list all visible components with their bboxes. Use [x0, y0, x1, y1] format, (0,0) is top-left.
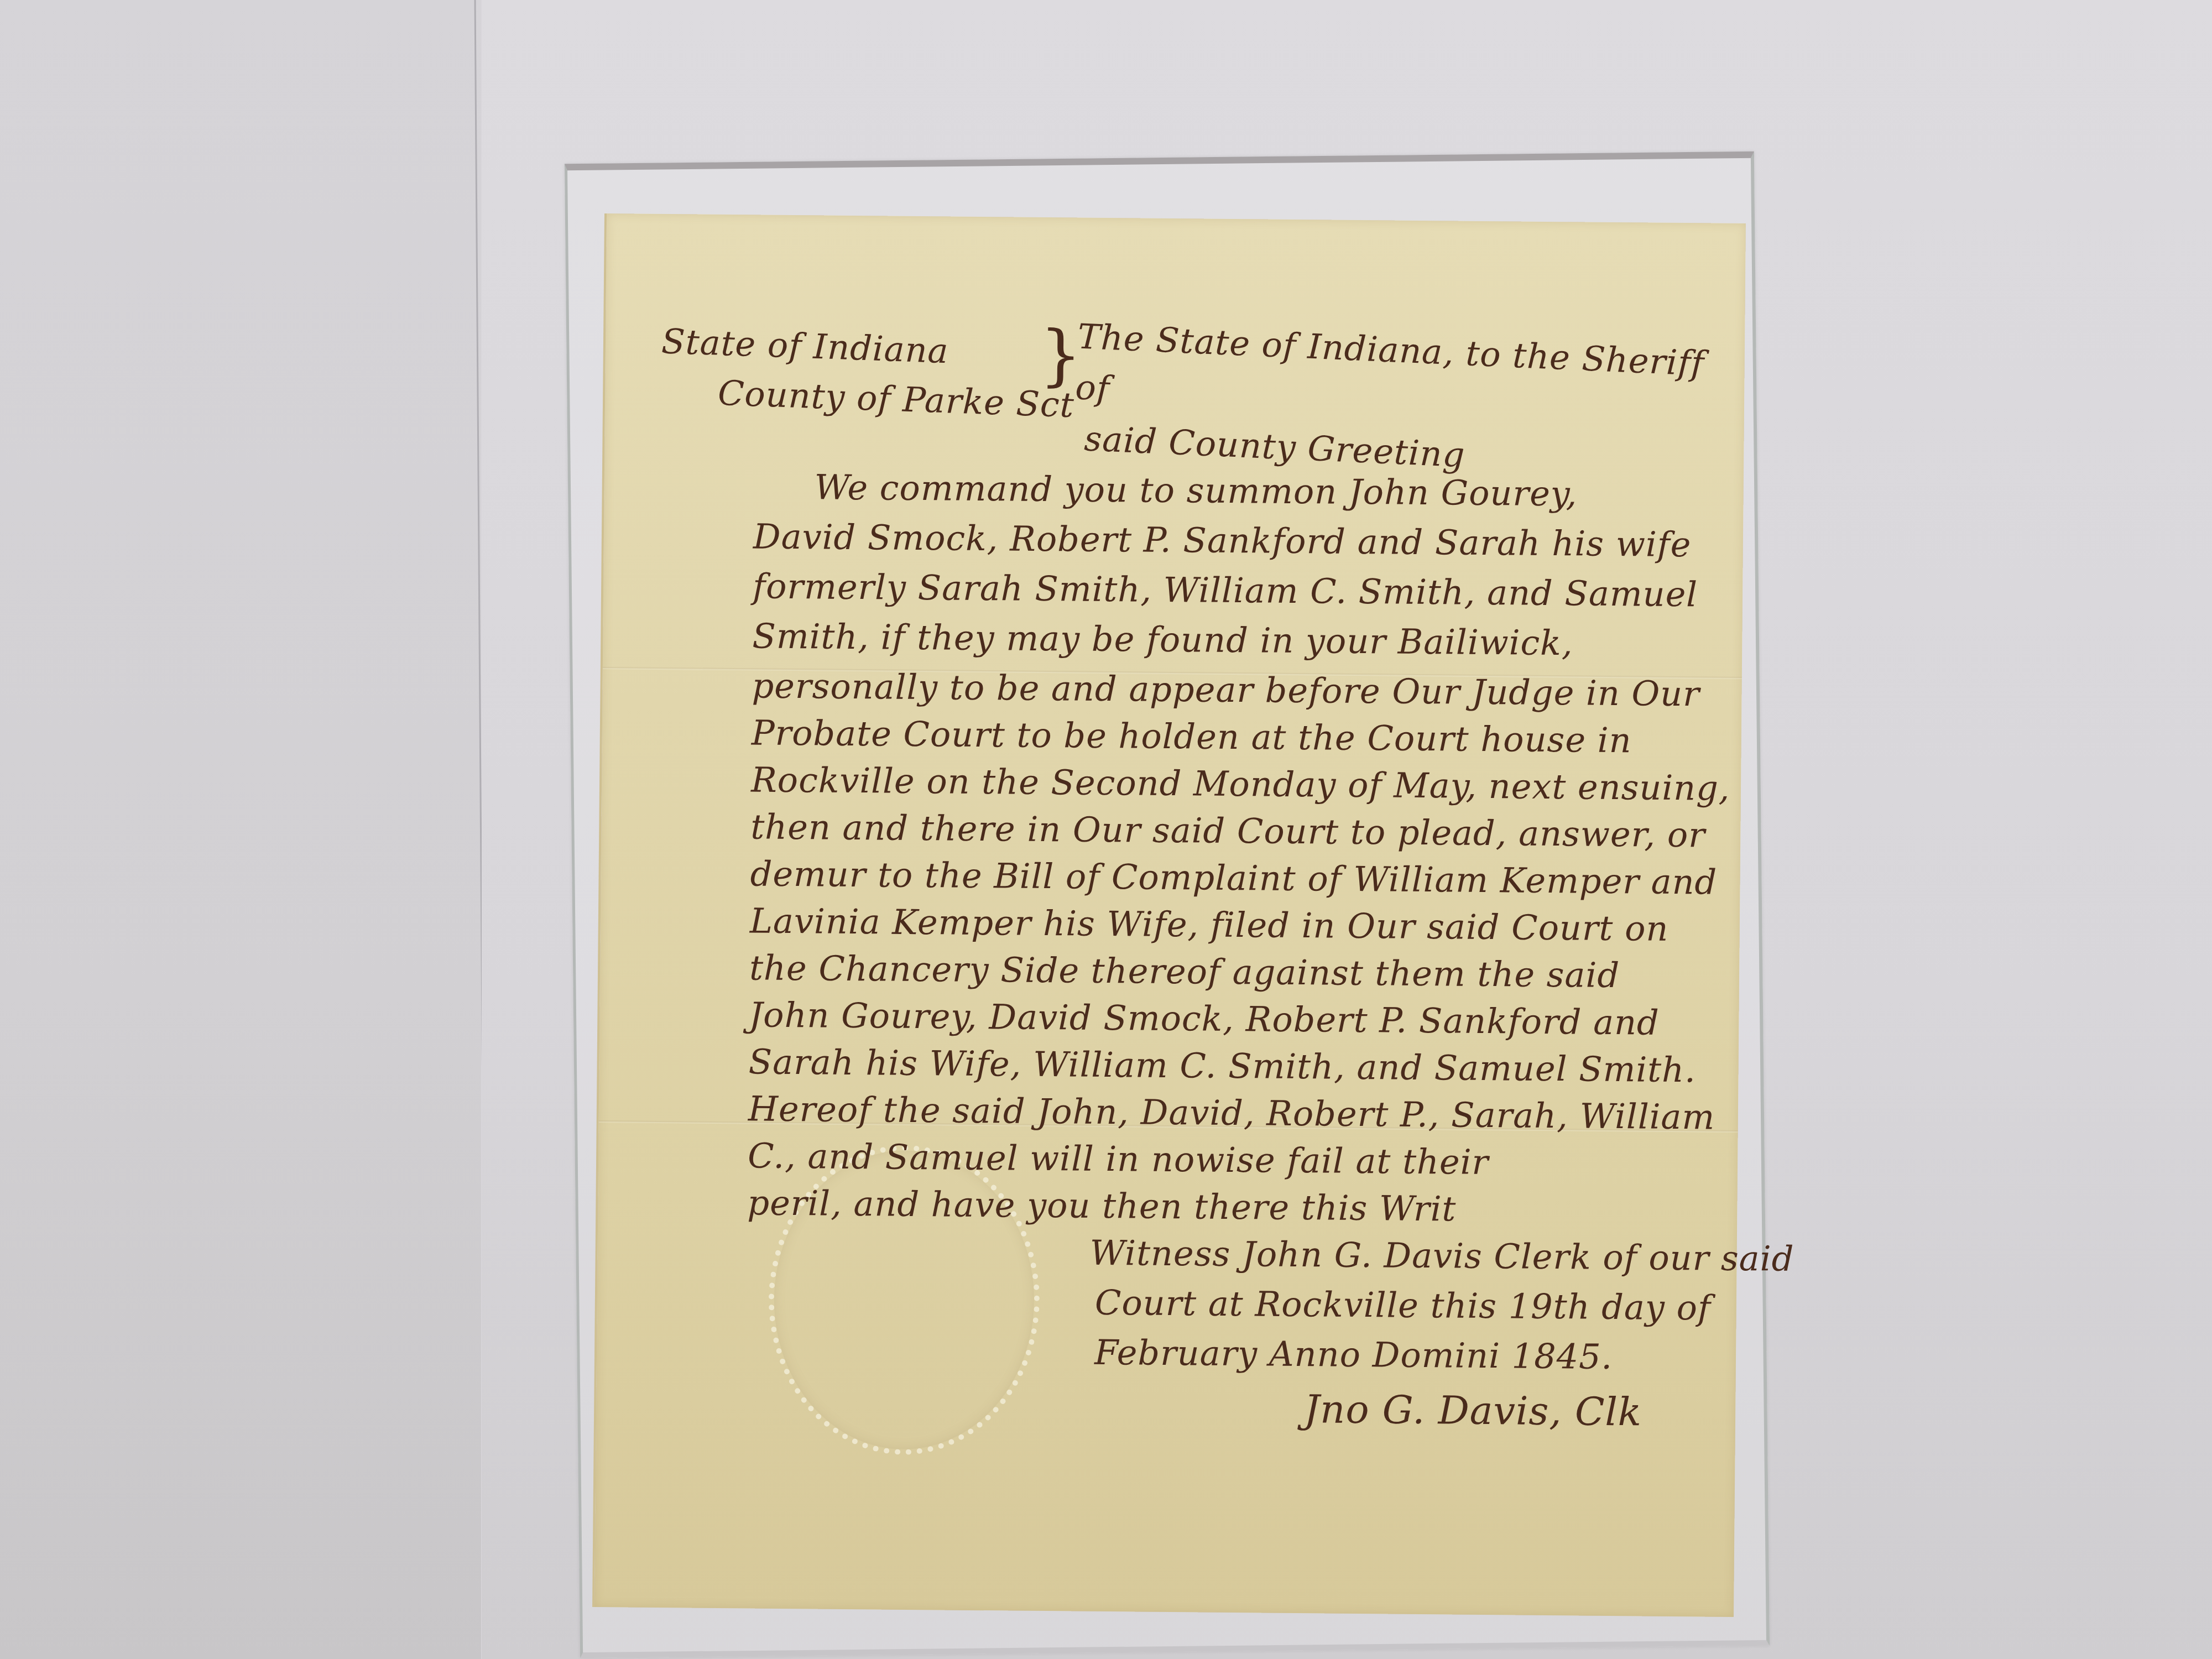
body-line: C., and Samuel will in nowise fail at th… [748, 1135, 1489, 1182]
body-line: Sarah his Wife, William C. Smith, and Sa… [748, 1041, 1696, 1090]
body-line: the Chancery Side thereof against them t… [749, 947, 1620, 995]
body-line: Rockville on the Second Monday of May, n… [751, 759, 1730, 808]
attestation-line: February Anno Domini 1845. [1094, 1332, 1613, 1377]
address-caption: The State of Indiana, to the Sheriff of … [1072, 311, 1747, 493]
handwritten-text: State of Indiana County of Parke Sct } T… [594, 213, 1746, 1617]
body-line: then and there in Our said Court to plea… [750, 806, 1705, 855]
attestation-line: Witness John G. Davis Clerk of our said [1089, 1233, 1794, 1279]
body-line: demur to the Bill of Complaint of Willia… [750, 853, 1717, 902]
attestation-line: Court at Rockville this 19th day of [1095, 1282, 1712, 1328]
body-line: Smith, if they may be found in your Bail… [752, 615, 1573, 663]
body-line: formerly Sarah Smith, William C. Smith, … [753, 566, 1698, 614]
body-line: Probate Court to be holden at the Court … [752, 712, 1632, 760]
document-paper: State of Indiana County of Parke Sct } T… [592, 213, 1746, 1617]
body-line: We command you to summon John Gourey, [814, 467, 1577, 514]
clerk-signature: Jno G. Davis, Clk [1304, 1386, 1642, 1434]
body-line: Lavinia Kemper his Wife, filed in Our sa… [750, 900, 1669, 948]
body-line: John Gourey, David Smock, Robert P. Sank… [749, 994, 1660, 1042]
background-left-panel [0, 0, 481, 1659]
body-line: David Smock, Robert P. Sankford and Sara… [753, 516, 1692, 565]
body-line: peril, and have you then there this Writ [747, 1182, 1457, 1229]
venue-caption: State of Indiana County of Parke Sct [659, 316, 1077, 430]
body-line: personally to be and appear before Our J… [752, 665, 1700, 714]
body-line: Hereof the said John, David, Robert P., … [748, 1088, 1715, 1137]
